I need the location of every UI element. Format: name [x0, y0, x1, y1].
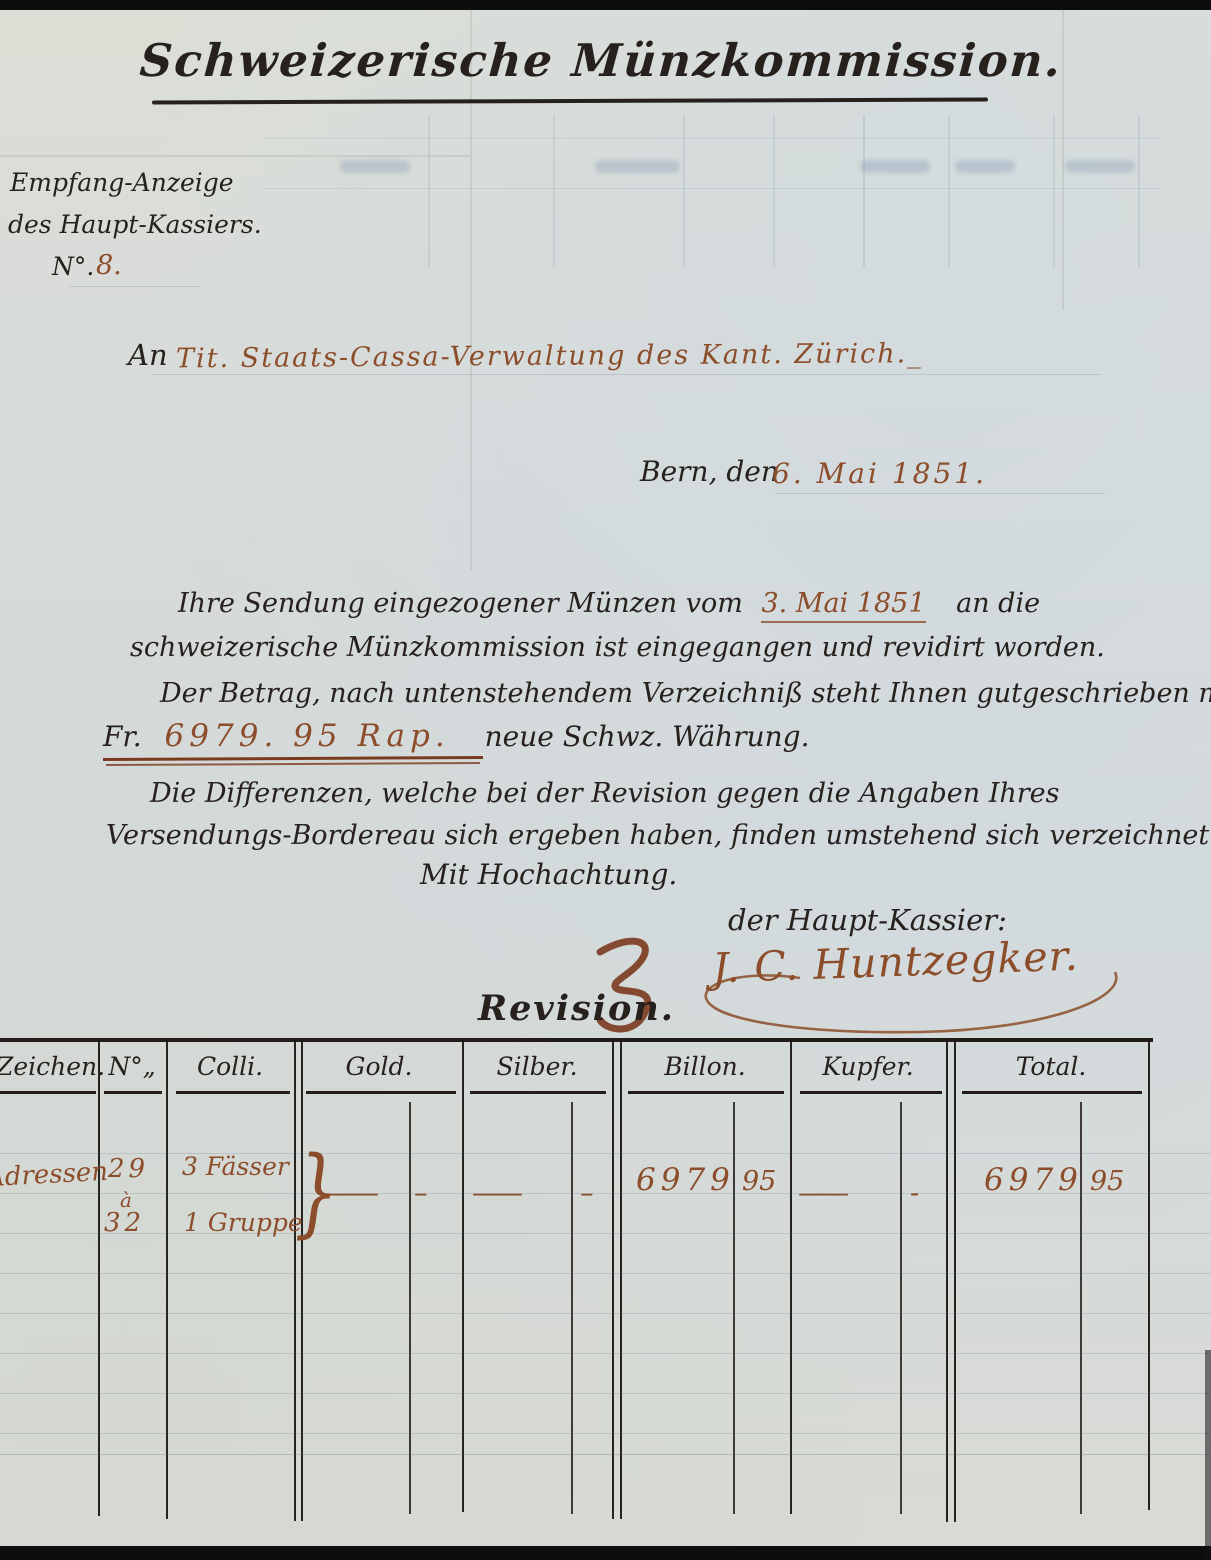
- table-column-line: [294, 1040, 296, 1521]
- row-kupfer-rp: -: [910, 1178, 916, 1209]
- header-underline: [104, 1091, 162, 1094]
- body-line-1-date: 3. Mai 1851: [761, 588, 925, 623]
- table-subcolumn-line: [900, 1102, 902, 1514]
- notice-number-baseline: [70, 286, 200, 287]
- ghost-text-blob: [340, 160, 410, 173]
- guide-line: [0, 1433, 1211, 1434]
- table-column-line: [612, 1040, 614, 1519]
- dateline-baseline: [775, 493, 1105, 494]
- signer-role: der Haupt-Kassier:: [728, 903, 1007, 937]
- row-gold-fr: ——: [328, 1178, 376, 1209]
- guide-line: [0, 1233, 1211, 1234]
- table-column-line: [462, 1040, 464, 1512]
- row-total-fr: 6979: [984, 1162, 1083, 1198]
- guide-line: [0, 1273, 1211, 1274]
- ghost-text-blob: [860, 160, 930, 173]
- amount-underline: [103, 756, 483, 760]
- table-column-line: [946, 1040, 948, 1522]
- body-line-1: Ihre Sendung eingezogener Münzen vom 3. …: [178, 588, 1040, 619]
- header-underline: [0, 1091, 96, 1094]
- scan-edge-bottom: [0, 1546, 1211, 1560]
- paper-sheet: Schweizerische Münzkommission. Empfang-A…: [0, 10, 1211, 1546]
- dateline-place: Bern, den: [640, 455, 779, 488]
- ghost-line: [262, 138, 1162, 139]
- title-underline: [152, 98, 988, 105]
- column-header-gold: Gold.: [298, 1052, 460, 1088]
- ghost-text-blob: [595, 160, 680, 173]
- scanned-document-page: { "doc": { "title": "Schweizerische Münz…: [0, 0, 1211, 1560]
- header-underline: [962, 1091, 1142, 1094]
- column-header-total: Total.: [956, 1052, 1146, 1088]
- scan-edge-top: [0, 0, 1211, 10]
- row-no-to: 32: [104, 1208, 145, 1238]
- amount-currency: Fr.: [103, 720, 142, 753]
- amount-line: Fr. 6979. 95 Rap. neue Schwz. Währung.: [103, 718, 809, 754]
- row-no-from: 29: [108, 1154, 149, 1184]
- amount-underline-2: [106, 762, 480, 766]
- header-underline: [306, 1091, 456, 1094]
- column-header-colli: Colli.: [168, 1052, 292, 1088]
- guide-line: [0, 1353, 1211, 1354]
- column-header-kupfer: Kupfer.: [792, 1052, 944, 1088]
- column-header-billon: Billon.: [622, 1052, 788, 1088]
- ghost-line: [262, 188, 1162, 189]
- header-underline: [470, 1091, 606, 1094]
- notice-number-value: 8.: [96, 250, 122, 281]
- guide-line: [0, 1454, 1211, 1455]
- recipient-baseline: [152, 374, 1102, 375]
- table-column-line: [301, 1040, 303, 1521]
- body-line-1-text: Ihre Sendung eingezogener Münzen vom: [178, 588, 743, 619]
- table-column-line: [166, 1040, 168, 1519]
- row-zeichen: Adressen: [0, 1157, 109, 1193]
- table-column-line: [620, 1040, 622, 1519]
- signature-flourish: [660, 958, 1140, 1038]
- body-line-2: schweizerische Münzkommission ist eingeg…: [130, 632, 1105, 663]
- row-billon-rp: 95: [742, 1166, 776, 1197]
- column-header-zeichen: Zeichen.: [0, 1052, 96, 1088]
- table-subcolumn-line: [409, 1102, 411, 1514]
- dateline-date: 6. Mai 1851.: [772, 457, 987, 490]
- amount-tail: neue Schwz. Währung.: [485, 720, 810, 753]
- table-column-line: [98, 1040, 100, 1516]
- header-underline: [800, 1091, 942, 1094]
- body-line-1-tail: an die: [956, 588, 1040, 619]
- recipient-line: Tit. Staats-Cassa-Verwaltung des Kant. Z…: [176, 337, 1136, 375]
- table-top-border: [0, 1038, 1153, 1042]
- closing-salutation: Mit Hochachtung.: [420, 858, 677, 891]
- header-underline: [176, 1091, 290, 1094]
- row-gold-rp: –: [414, 1178, 425, 1209]
- section-title: Revision.: [478, 988, 675, 1029]
- recipient-prefix: An: [128, 338, 168, 372]
- body-line-5: Versendungs-Bordereau sich ergeben haben…: [106, 820, 1211, 851]
- row-silber-rp: –: [580, 1178, 591, 1209]
- column-header-no: N°„: [100, 1052, 164, 1088]
- row-kupfer-fr: ——: [798, 1178, 846, 1209]
- table-right-border: [1148, 1040, 1150, 1510]
- table-column-line: [790, 1040, 792, 1514]
- body-line-4: Die Differenzen, welche bei der Revision…: [150, 778, 1059, 809]
- header-underline: [628, 1091, 784, 1094]
- page-title: Schweizerische Münzkommission.: [138, 34, 1002, 87]
- amount-value: 6979. 95 Rap.: [165, 718, 450, 754]
- notice-number-label: N°.: [52, 252, 94, 281]
- body-line-3: Der Betrag, nach untenstehendem Verzeich…: [160, 678, 1211, 709]
- row-silber-fr: ——: [472, 1178, 520, 1209]
- notice-line-1: Empfang-Anzeige: [10, 168, 234, 197]
- guide-line: [0, 1313, 1211, 1314]
- ghost-text-blob: [1065, 160, 1135, 173]
- row-total-rp: 95: [1090, 1166, 1124, 1197]
- table-column-line: [954, 1040, 956, 1522]
- ghost-text-blob: [955, 160, 1015, 173]
- fold-crease: [470, 10, 472, 570]
- row-billon-fr: 6979: [636, 1162, 735, 1198]
- row-colli-1: 3 Fässer: [182, 1152, 289, 1181]
- column-header-silber: Silber.: [464, 1052, 610, 1088]
- scan-edge-right: [1205, 1350, 1211, 1560]
- row-colli-2: 1 Gruppe: [184, 1208, 303, 1237]
- guide-line: [0, 1393, 1211, 1394]
- notice-line-2: des Haupt-Kassiers.: [8, 210, 262, 239]
- fold-crease: [0, 155, 470, 157]
- table-subcolumn-line: [571, 1102, 573, 1514]
